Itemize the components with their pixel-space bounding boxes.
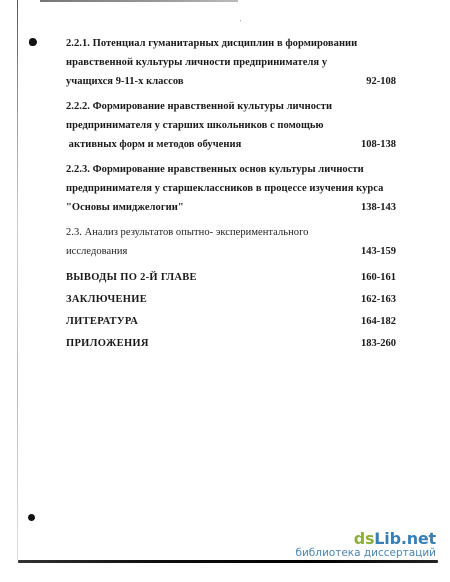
toc-heading-title: ВЫВОДЫ ПО 2-Й ГЛАВЕ xyxy=(66,267,396,289)
toc-page-range: 138-143 xyxy=(361,198,396,217)
toc-heading-conclusion: ЗАКЛЮЧЕНИЕ 162-163 xyxy=(66,289,396,311)
table-of-contents: 2.2.1. Потенциал гуманитарных дисциплин … xyxy=(66,34,396,355)
toc-page-range: 162-163 xyxy=(361,289,396,311)
toc-heading-conclusions-chapter-2: ВЫВОДЫ ПО 2-Й ГЛАВЕ 160-161 xyxy=(66,267,396,289)
toc-line: 2.2.1. Потенциал гуманитарных дисциплин … xyxy=(66,34,396,53)
toc-entry-2-2-3: 2.2.3. Формирование нравственных основ к… xyxy=(66,160,396,217)
punch-hole-mark-bottom xyxy=(28,514,35,521)
toc-page-range: 143-159 xyxy=(361,242,396,261)
watermark-subtitle: библиотека диссертаций xyxy=(295,547,436,560)
toc-line: активных форм и методов обучения xyxy=(66,135,396,154)
watermark-brand-lib: Lib.net xyxy=(374,529,436,548)
toc-line: 2.2.2. Формирование нравственной культур… xyxy=(66,97,396,116)
toc-line: исследования xyxy=(66,242,396,261)
watermark-brand-ds: ds xyxy=(354,529,375,548)
toc-page-range: 108-138 xyxy=(361,135,396,154)
toc-entry-2-2-1: 2.2.1. Потенциал гуманитарных дисциплин … xyxy=(66,34,396,91)
punch-hole-mark-top xyxy=(29,38,37,46)
scan-bottom-edge xyxy=(18,560,438,563)
scan-top-edge xyxy=(40,0,238,2)
watermark-logo: dsLib.net библиотека диссертаций xyxy=(295,531,436,560)
watermark-brand: dsLib.net xyxy=(295,531,436,547)
scan-left-edge xyxy=(17,0,18,560)
toc-line: 2.2.3. Формирование нравственных основ к… xyxy=(66,160,396,179)
toc-line: нравственной культуры личности предприни… xyxy=(66,53,396,72)
toc-entry-2-3: 2.3. Анализ результатов опытно- эксперим… xyxy=(66,223,396,261)
toc-line: 2.3. Анализ результатов опытно- эксперим… xyxy=(66,223,396,242)
toc-page-range: 183-260 xyxy=(361,333,396,355)
toc-line: учащихся 9-11-х классов xyxy=(66,72,396,91)
toc-heading-title: ЗАКЛЮЧЕНИЕ xyxy=(66,289,396,311)
toc-page-range: 92-108 xyxy=(366,72,396,91)
toc-heading-appendices: ПРИЛОЖЕНИЯ 183-260 xyxy=(66,333,396,355)
page-mark: ' xyxy=(240,20,241,26)
toc-line: предпринимателя у старшеклассников в про… xyxy=(66,179,396,198)
toc-line: предпринимателя у старших школьников с п… xyxy=(66,116,396,135)
toc-heading-literature: ЛИТЕРАТУРА 164-182 xyxy=(66,311,396,333)
toc-entry-2-2-2: 2.2.2. Формирование нравственной культур… xyxy=(66,97,396,154)
toc-page-range: 160-161 xyxy=(361,267,396,289)
toc-heading-title: ПРИЛОЖЕНИЯ xyxy=(66,333,396,355)
toc-heading-title: ЛИТЕРАТУРА xyxy=(66,311,396,333)
toc-line: "Основы имиджелогии" xyxy=(66,198,396,217)
toc-page-range: 164-182 xyxy=(361,311,396,333)
